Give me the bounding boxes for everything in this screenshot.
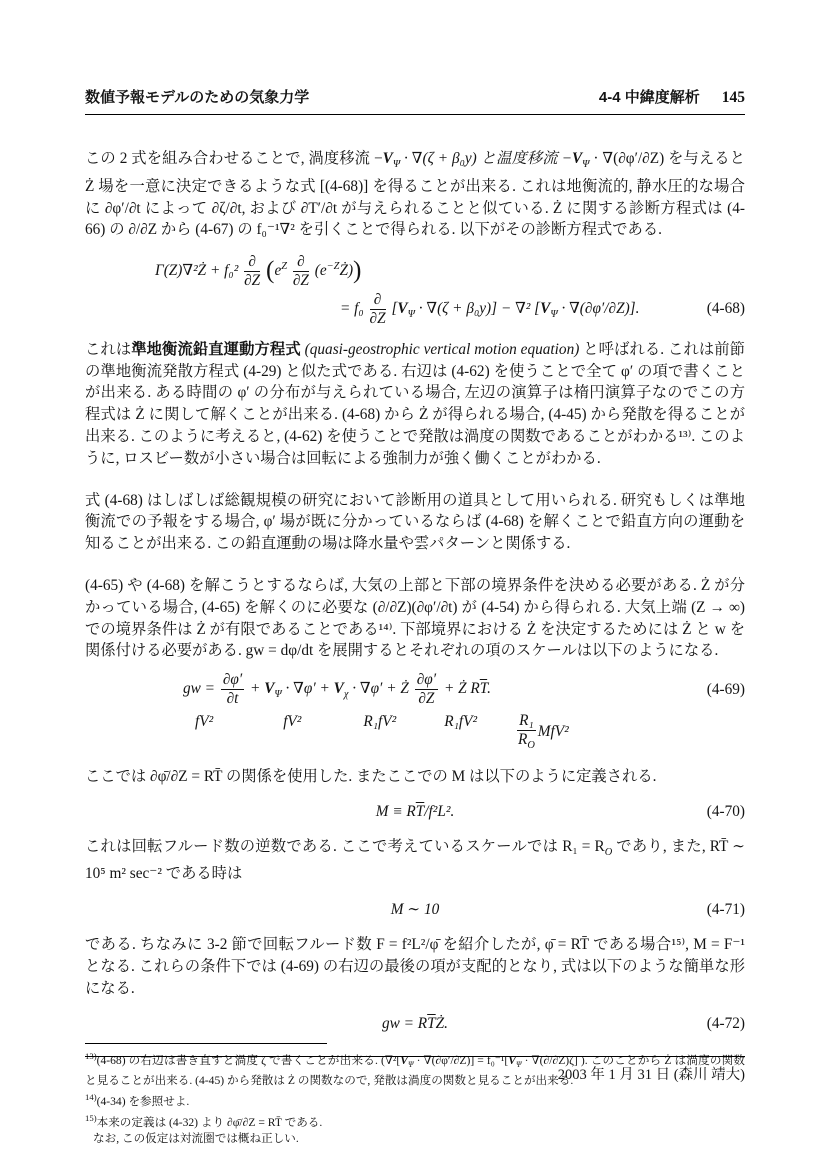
header-rule [85, 114, 745, 115]
equation-number: (4-71) [707, 901, 745, 919]
equation-4-69: gw = ∂φ′∂t + VΨ · ∇φ′ + Vχ · ∇φ′ + Ż ∂φ′… [85, 672, 745, 752]
scale-term: R₁ROMfV² [515, 713, 569, 752]
footnote-15: 15)本来の定義は (4-32) より ∂φ̄/∂Z = RT̄ である. [85, 1110, 745, 1131]
header-section: 4-4 中緯度解析 [599, 86, 700, 107]
content-column: 数値予報モデルのための気象力学 4-4 中緯度解析 145 この 2 式を組み合… [85, 0, 745, 1147]
fraction: ∂∂Z [293, 254, 309, 289]
fraction: ∂φ′∂Z [415, 672, 438, 707]
footnote-rule [85, 1043, 327, 1044]
scale-term: R₁fV² [363, 713, 396, 752]
paragraph-3: 式 (4-68) はしばしば総観規模の研究において診断用の道具として用いられる.… [85, 490, 745, 555]
english-term: (quasi-geostrophic vertical motion equat… [301, 341, 580, 358]
fraction: ∂∂Z [244, 254, 260, 289]
scale-term: R₁fV² [444, 713, 477, 752]
document-page: 数値予報モデルのための気象力学 4-4 中緯度解析 145 この 2 式を組み合… [0, 0, 826, 1169]
paragraph-1: この 2 式を組み合わせることで, 渦度移流 −VΨ · ∇(ζ + β₀y) … [85, 148, 745, 241]
paragraph-4: (4-65) や (4-68) を解こうとするならば, 大気の上部と下部の境界条… [85, 575, 745, 662]
vector-v: V [383, 150, 393, 167]
equation-4-68: Γ(Z)∇²Ż + f₀² ∂∂Z (eZ ∂∂Z (e−ZŻ)) = f₀ ∂… [85, 254, 745, 327]
fraction: R₁RO [517, 713, 536, 752]
paragraph-2: これは準地衡流鉛直運動方程式 (quasi-geostrophic vertic… [85, 339, 745, 470]
vector-v: V [264, 680, 274, 697]
vector-v: V [540, 300, 550, 317]
header-page-number: 145 [722, 89, 745, 107]
paragraph-5: ここでは ∂φ̄/∂Z = RT̄ の関係を使用した. またここでの M は以下… [85, 766, 745, 788]
bold-term: 準地衡流鉛直運動方程式 [131, 341, 301, 358]
header-right: 4-4 中緯度解析 145 [599, 86, 745, 107]
footnote-14: 14)(4-34) を参照せよ. [85, 1089, 745, 1110]
scale-annotations: fV² fV² R₁fV² R₁fV² R₁ROMfV² [85, 713, 745, 752]
vector-v: V [397, 300, 407, 317]
equation-4-71: M ∼ 10 (4-71) [85, 900, 745, 919]
equation-number: (4-70) [707, 803, 745, 821]
equation-number: (4-69) [707, 681, 745, 699]
footer-rule [85, 1056, 745, 1057]
fraction: ∂∂Z [370, 292, 386, 327]
vector-v: V [572, 150, 582, 167]
scale-term: fV² [283, 713, 301, 752]
equation-4-72: gw = RTŻ. (4-72) [85, 1015, 745, 1033]
footer-date-author: 2003 年 1 月 31 日 (森川 靖大) [85, 1063, 745, 1084]
page-header: 数値予報モデルのための気象力学 4-4 中緯度解析 145 [85, 0, 745, 107]
paragraph-7: である. ちなみに 3-2 節で回転フルード数 F = f²L²/φ̄ を紹介し… [85, 934, 745, 999]
header-title: 数値予報モデルのための気象力学 [85, 86, 309, 107]
footnote-15-note: なお, この仮定は対流圏では概ね正しい. [85, 1131, 745, 1147]
equation-4-68-line1: Γ(Z)∇²Ż + f₀² ∂∂Z (eZ ∂∂Z (e−ZŻ)) [85, 254, 745, 289]
equation-number: (4-68) [707, 300, 745, 318]
fraction: ∂φ′∂t [221, 672, 244, 707]
scale-term: fV² [195, 713, 213, 752]
paragraph-6: これは回転フルード数の逆数である. ここで考えているスケールでは R₁ = RO… [85, 836, 745, 886]
equation-number: (4-72) [707, 1015, 745, 1033]
equation-4-70: M ≡ RT/f²L². (4-70) [85, 803, 745, 821]
equation-4-68-line2: = f₀ ∂∂Z [VΨ · ∇(ζ + β₀y)] − ∇² [VΨ · ∇(… [85, 292, 745, 327]
vector-v: V [334, 680, 344, 697]
